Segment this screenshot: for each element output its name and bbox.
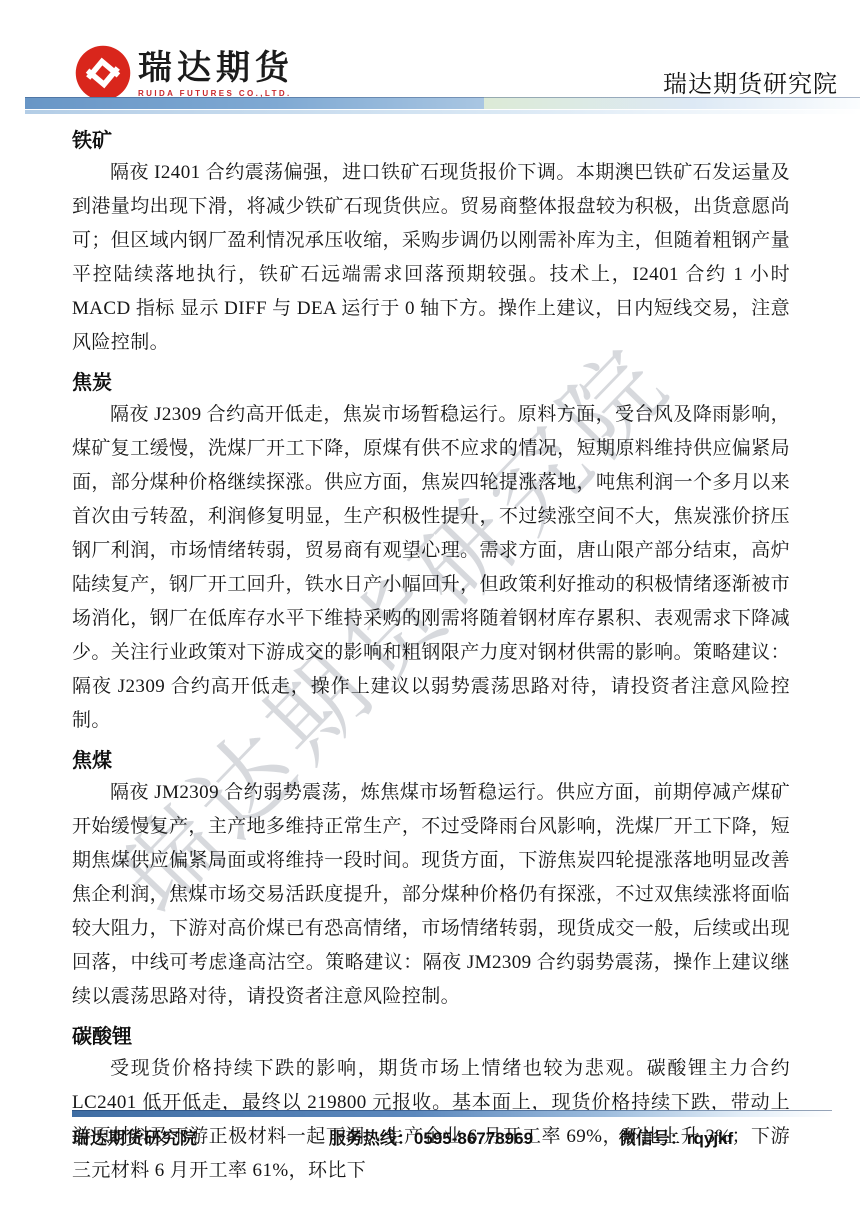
company-logo: 瑞达期货 RUIDA FUTURES CO.,LTD. xyxy=(74,44,294,102)
header-divider-bar xyxy=(25,97,860,109)
footer: 瑞达期货研究院 服务热线：0595-86778969 微信号：rqyjkf xyxy=(72,1124,790,1149)
footer-hotline: 服务热线：0595-86778969 xyxy=(300,1124,562,1149)
footer-wechat-id: rqyjkf xyxy=(687,1129,733,1148)
section-title: 焦煤 xyxy=(72,750,790,772)
footer-org-name: 瑞达期货研究院 xyxy=(72,1124,300,1149)
section-iron-ore: 铁矿 隔夜 I2401 合约震荡偏强，进口铁矿石现货报价下调。本期澳巴铁矿石发运… xyxy=(72,130,790,360)
ruida-logo-icon xyxy=(74,44,132,102)
footer-wechat-label: 微信号： xyxy=(619,1129,687,1148)
section-paragraph: 隔夜 I2401 合约震荡偏强，进口铁矿石现货报价下调。本期澳巴铁矿石发运量及到… xyxy=(72,156,790,360)
footer-wechat: 微信号：rqyjkf xyxy=(562,1124,790,1149)
logo-text-block: 瑞达期货 RUIDA FUTURES CO.,LTD. xyxy=(138,44,294,98)
footer-divider-bar xyxy=(72,1110,832,1117)
section-title: 铁矿 xyxy=(72,130,790,152)
section-coking-coal: 焦煤 隔夜 JM2309 合约弱势震荡，炼焦煤市场暂稳运行。供应方面，前期停减产… xyxy=(72,750,790,1014)
header-institute-title: 瑞达期货研究院 xyxy=(663,64,838,99)
logo-company-name: 瑞达期货 xyxy=(138,50,294,86)
section-lithium-carbonate: 碳酸锂 受现货价格持续下跌的影响，期货市场上情绪也较为悲观。碳酸锂主力合约 LC… xyxy=(72,1026,790,1188)
footer-hotline-number: 0595-86778969 xyxy=(414,1129,533,1148)
section-coke: 焦炭 隔夜 J2309 合约高开低走，焦炭市场暂稳运行。原料方面，受台风及降雨影… xyxy=(72,372,790,738)
document-page: 瑞达期货 RUIDA FUTURES CO.,LTD. 瑞达期货研究院 瑞达期货… xyxy=(0,0,860,1217)
section-title: 碳酸锂 xyxy=(72,1026,790,1048)
section-title: 焦炭 xyxy=(72,372,790,394)
footer-hotline-label: 服务热线： xyxy=(329,1129,414,1148)
section-paragraph: 隔夜 JM2309 合约弱势震荡，炼焦煤市场暂稳运行。供应方面，前期停减产煤矿开… xyxy=(72,776,790,1014)
section-paragraph: 隔夜 J2309 合约高开低走，焦炭市场暂稳运行。原料方面，受台风及降雨影响，煤… xyxy=(72,398,790,738)
report-content: 铁矿 隔夜 I2401 合约震荡偏强，进口铁矿石现货报价下调。本期澳巴铁矿石发运… xyxy=(72,130,790,1188)
header-divider-stripe xyxy=(25,110,860,114)
section-paragraph: 受现货价格持续下跌的影响，期货市场上情绪也较为悲观。碳酸锂主力合约 LC2401… xyxy=(72,1052,790,1188)
